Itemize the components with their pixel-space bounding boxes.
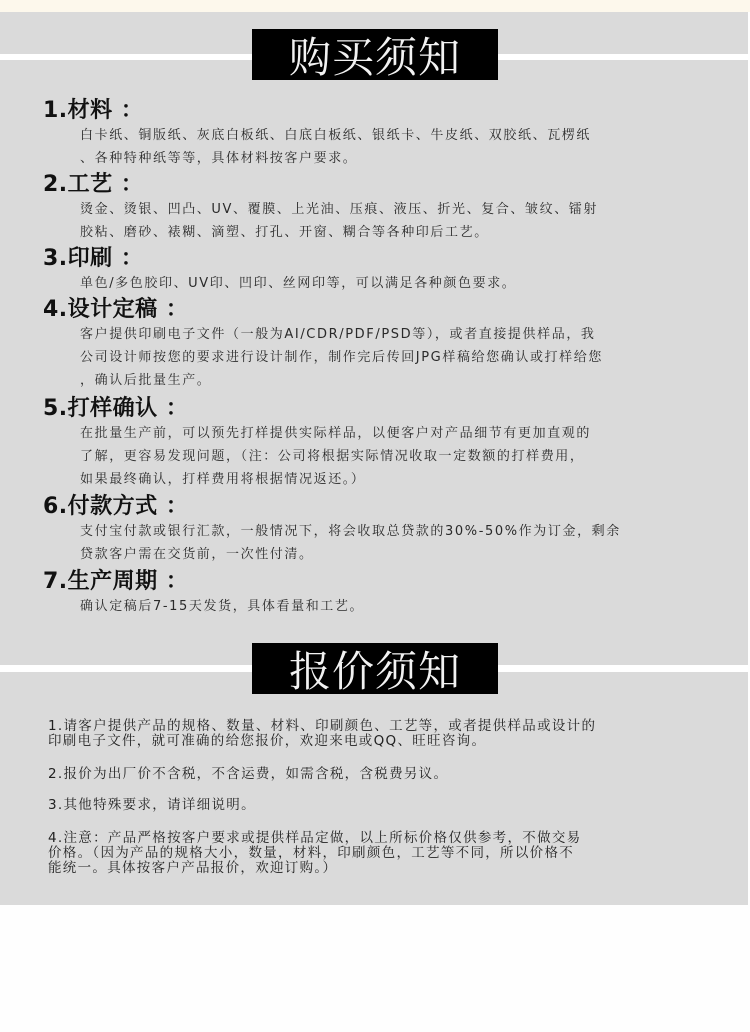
section-heading: 2.工艺 ： xyxy=(43,172,733,198)
section-heading: 7.生产周期 ： xyxy=(43,569,733,595)
section-production-cycle: 7.生产周期 ： 确认定稿后7-15天发货，具体看量和工艺。 xyxy=(43,569,733,618)
section-line: 胶粘、磨砂、裱糊、滴塑、打孔、开窗、糊合等各种印后工艺。 xyxy=(43,221,733,244)
section-proofing: 5.打样确认 ： 在批量生产前，可以预先打样提供实际样品，以便客户对产品细节有更… xyxy=(43,396,733,491)
section-heading: 3.印刷 ： xyxy=(43,246,733,272)
section-printing: 3.印刷 ： 单色/多色胶印、UV印、凹印、丝网印等，可以满足各种颜色要求。 xyxy=(43,246,733,295)
section-line: 、各种特种纸等等，具体材料按客户要求。 xyxy=(43,147,733,170)
section-payment: 6.付款方式 ： 支付宝付款或银行汇款，一般情况下，将会收取总贷款的30%-50… xyxy=(43,494,733,566)
quote-item-2: 2.报价为出厂价不含税，不含运费，如需含税，含税费另议。 xyxy=(48,767,728,782)
section-heading: 1.材料 ： xyxy=(43,98,733,124)
quote-line: 2.报价为出厂价不含税，不含运费，如需含税，含税费另议。 xyxy=(48,767,728,782)
section-materials: 1.材料 ： 白卡纸、铜版纸、灰底白板纸、白底白板纸、银纸卡、牛皮纸、双胶纸、瓦… xyxy=(43,98,733,170)
section-heading: 4.设计定稿 ： xyxy=(43,297,733,323)
section-line: ，确认后批量生产。 xyxy=(43,369,733,392)
section-line: 贷款客户需在交货前，一次性付清。 xyxy=(43,543,733,566)
section-line: 如果最终确认，打样费用将根据情况返还。） xyxy=(43,468,733,491)
quote-line: 能统一。具体按客户产品报价，欢迎订购。） xyxy=(48,861,728,876)
section-line: 白卡纸、铜版纸、灰底白板纸、白底白板纸、银纸卡、牛皮纸、双胶纸、瓦楞纸 xyxy=(43,124,733,147)
section-line: 烫金、烫银、凹凸、UV、覆膜、上光油、压痕、液压、折光、复合、皱纹、镭射 xyxy=(43,198,733,221)
quote-item-3: 3.其他特殊要求，请详细说明。 xyxy=(48,798,728,813)
section-line: 客户提供印刷电子文件（一般为AI/CDR/PDF/PSD等），或者直接提供样品，… xyxy=(43,323,733,346)
section-heading: 5.打样确认 ： xyxy=(43,396,733,422)
top-strip xyxy=(0,0,750,12)
section-craft: 2.工艺 ： 烫金、烫银、凹凸、UV、覆膜、上光油、压痕、液压、折光、复合、皱纹… xyxy=(43,172,733,244)
section-line: 在批量生产前，可以预先打样提供实际样品，以便客户对产品细节有更加直观的 xyxy=(43,422,733,445)
quote-item-1: 1.请客户提供产品的规格、数量、材料、印刷颜色、工艺等，或者提供样品或设计的 印… xyxy=(48,719,728,749)
section-line: 单色/多色胶印、UV印、凹印、丝网印等，可以满足各种颜色要求。 xyxy=(43,272,733,295)
quote-line: 1.请客户提供产品的规格、数量、材料、印刷颜色、工艺等，或者提供样品或设计的 xyxy=(48,719,728,734)
section-line: 公司设计师按您的要求进行设计制作，制作完后传回JPG样稿给您确认或打样给您 xyxy=(43,346,733,369)
quote-line: 3.其他特殊要求，请详细说明。 xyxy=(48,798,728,813)
section-heading: 6.付款方式 ： xyxy=(43,494,733,520)
section-line: 了解，更容易发现问题，（注：公司将根据实际情况收取一定数额的打样费用， xyxy=(43,445,733,468)
quote-notice-title: 报价须知 xyxy=(252,643,498,694)
section-line: 支付宝付款或银行汇款，一般情况下，将会收取总贷款的30%-50%作为订金，剩余 xyxy=(43,520,733,543)
section-design: 4.设计定稿 ： 客户提供印刷电子文件（一般为AI/CDR/PDF/PSD等），… xyxy=(43,297,733,392)
purchase-notice-title: 购买须知 xyxy=(252,29,498,80)
quote-line: 价格。（因为产品的规格大小，数量，材料，印刷颜色，工艺等不同，所以价格不 xyxy=(48,846,728,861)
section-line: 确认定稿后7-15天发货，具体看量和工艺。 xyxy=(43,595,733,618)
quote-item-4: 4.注意：产品严格按客户要求或提供样品定做，以上所标价格仅供参考，不做交易 价格… xyxy=(48,831,728,876)
quote-line: 印刷电子文件，就可准确的给您报价，欢迎来电或QQ、旺旺咨询。 xyxy=(48,734,728,749)
quote-line: 4.注意：产品严格按客户要求或提供样品定做，以上所标价格仅供参考，不做交易 xyxy=(48,831,728,846)
